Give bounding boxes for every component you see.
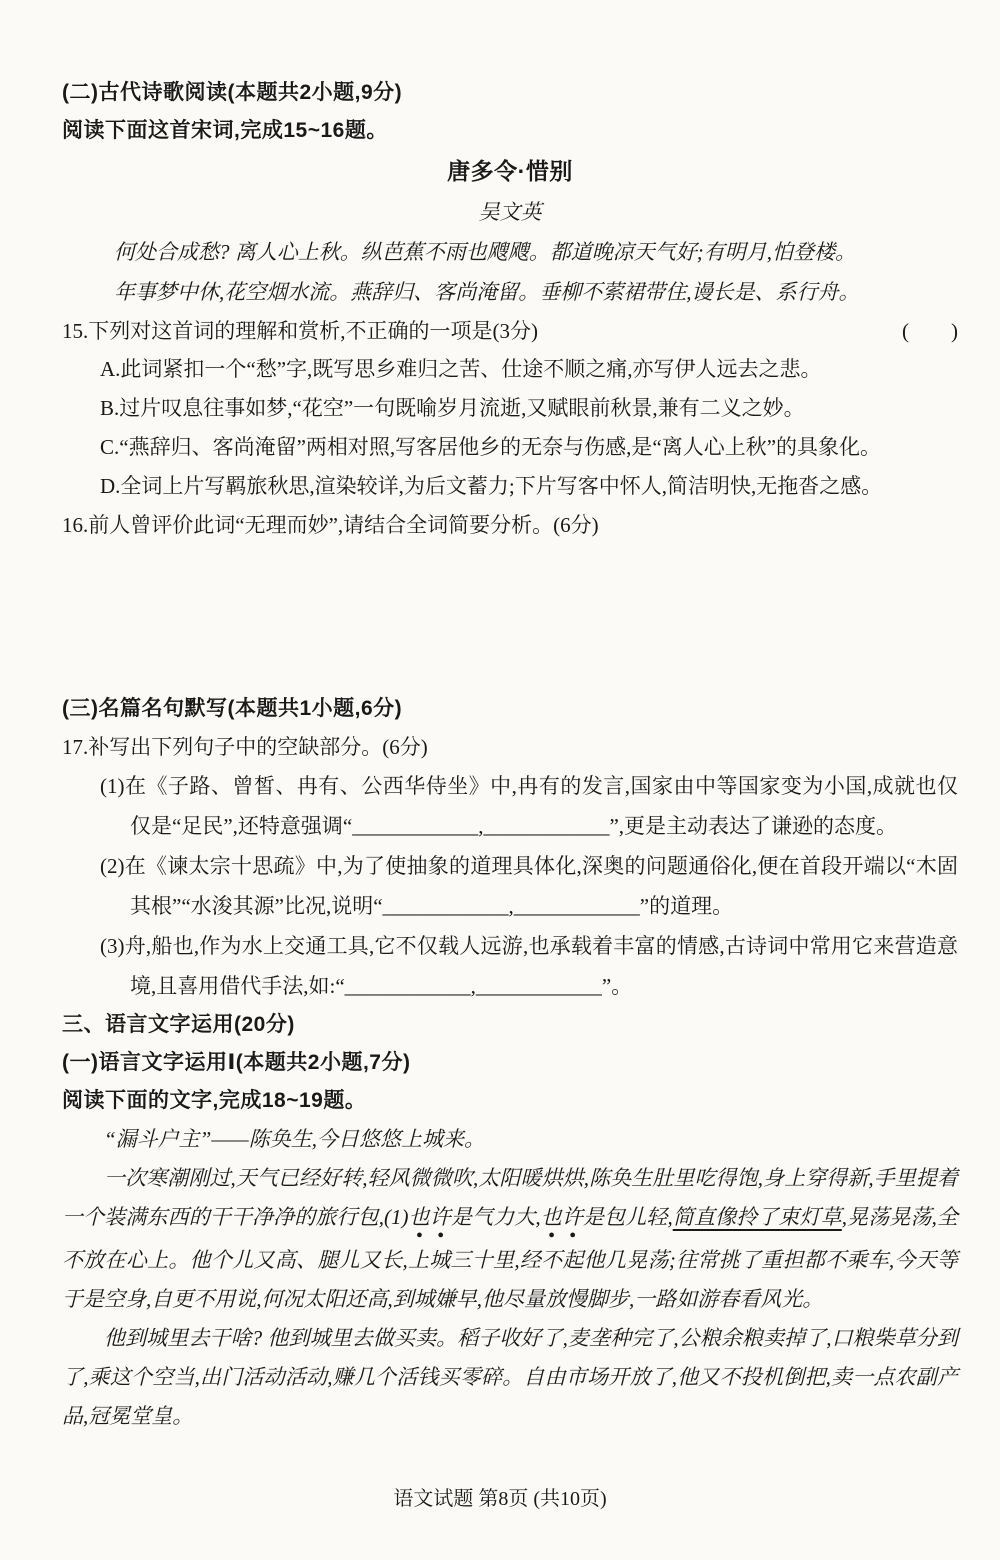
question-17-stem: 17.补写出下列句子中的空缺部分。(6分) (62, 728, 958, 766)
poetry-instruction: 阅读下面这首宋词,完成15~16题。 (62, 112, 958, 150)
exam-page: (二)古代诗歌阅读(本题共2小题,9分) 阅读下面这首宋词,完成15~16题。 … (0, 0, 1000, 1560)
poem-title: 唐多令·惜别 (62, 150, 958, 192)
subsection-language-use-1-heading: (一)语言文字运用Ⅰ(本题共2小题,7分) (62, 1044, 958, 1082)
question-15: 15.下列对这首词的理解和赏析,不正确的一项是(3分) ( ) (62, 312, 958, 350)
question-17-item-1: (1)在《子路、曾皙、冉有、公西华侍坐》中,冉有的发言,国家由中等国家变为小国,… (62, 766, 958, 846)
page-footer: 语文试题 第8页 (共10页) (0, 1480, 1000, 1518)
question-15-stem: 15.下列对这首词的理解和赏析,不正确的一项是(3分) (62, 312, 538, 350)
underlined-phrase: 简直像拎了束灯草 (673, 1205, 842, 1229)
language-use-instruction: 阅读下面的文字,完成18~19题。 (62, 1082, 958, 1120)
section-poetry-heading: (二)古代诗歌阅读(本题共2小题,9分) (62, 74, 958, 112)
question-17-item-2: (2)在《谏太宗十思疏》中,为了使抽象的道理具体化,深奥的问题通俗化,便在首段开… (62, 846, 958, 926)
page-content: (二)古代诗歌阅读(本题共2小题,9分) 阅读下面这首宋词,完成15~16题。 … (0, 0, 1000, 1436)
question-17-item-3: (3)舟,船也,作为水上交通工具,它不仅载人远游,也承载着丰富的情感,古诗词中常… (62, 926, 958, 1006)
question-15-answer-bracket: ( ) (902, 312, 958, 350)
emphasis-dots-text: 也许 (541, 1205, 583, 1229)
question-15-option-d: D.全词上片写羁旅秋思,渲染较详,为后文蓄力;下片写客中怀人,简洁明快,无拖沓之… (62, 467, 958, 506)
answer-space (62, 544, 958, 690)
poem-line: 年事梦中休,花空烟水流。燕辞归、客尚淹留。垂柳不萦裙带住,谩长是、系行舟。 (62, 272, 958, 312)
section-dictation-heading: (三)名篇名句默写(本题共1小题,6分) (62, 690, 958, 728)
poem-line: 何处合成愁? 离人心上秋。纵芭蕉不雨也飕飕。都道晚凉天气好;有明月,怕登楼。 (62, 232, 958, 272)
question-15-option-b: B.过片叹息往事如梦,“花空”一句既喻岁月流逝,又赋眼前秋景,兼有二义之妙。 (62, 389, 958, 428)
passage-segment: 是包儿轻, (583, 1205, 673, 1229)
question-15-option-c: C.“燕辞归、客尚淹留”两相对照,写客居他乡的无奈与伤感,是“离人心上秋”的具象… (62, 428, 958, 467)
question-15-option-a: A.此词紧扣一个“愁”字,既写思乡难归之苦、仕途不顺之痛,亦写伊人远去之悲。 (62, 350, 958, 389)
passage-opening-line: “漏斗户主”——陈奂生,今日悠悠上城来。 (62, 1120, 958, 1159)
passage-paragraph-2: 他到城里去干啥? 他到城里去做买卖。稻子收好了,麦垄种完了,公粮余粮卖掉了,口粮… (62, 1319, 958, 1436)
section-language-use-heading: 三、语言文字运用(20分) (62, 1006, 958, 1044)
question-16: 16.前人曾评价此词“无理而妙”,请结合全词简要分析。(6分) (62, 506, 958, 544)
passage-segment: 是气力大, (451, 1205, 541, 1229)
passage-paragraph-1: 一次寒潮刚过,天气已经好转,轻风微微吹,太阳暖烘烘,陈奂生肚里吃得饱,身上穿得新… (62, 1159, 958, 1319)
emphasis-dots-text: 也许 (409, 1205, 451, 1229)
poem-author: 吴文英 (62, 192, 958, 232)
